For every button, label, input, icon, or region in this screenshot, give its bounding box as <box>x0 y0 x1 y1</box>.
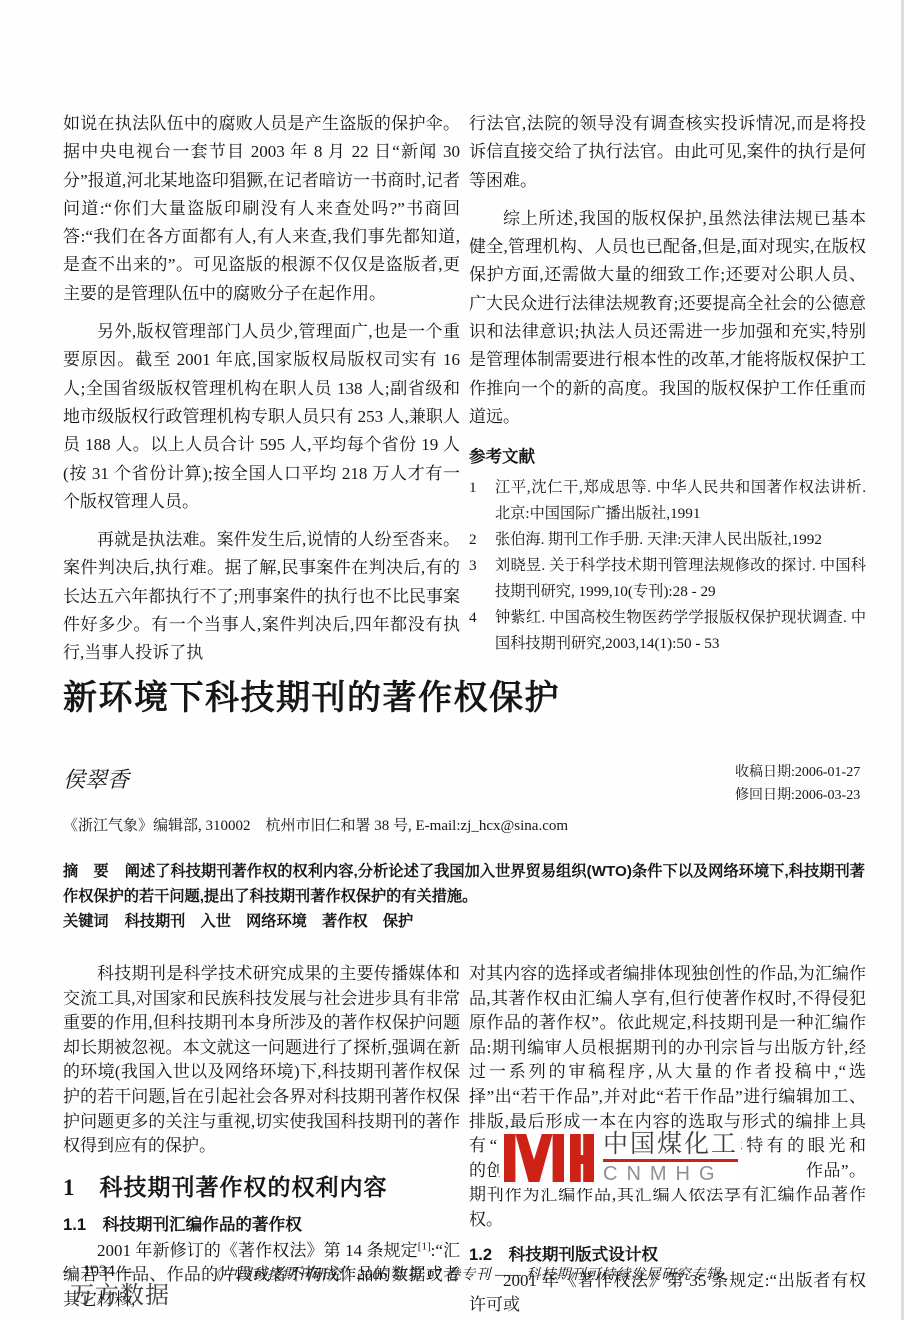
keywords-line: 关键词科技期刊 入世 网络环境 著作权 保护 <box>63 909 865 934</box>
reference-number: 4 <box>469 605 495 657</box>
cnmhg-logo-icon <box>503 1131 595 1185</box>
abstract-text: 阐述了科技期刊著作权的权利内容,分析论述了我国加入世界贸易组织(WTO)条件下以… <box>63 863 865 905</box>
prev-article-right-column: 行法官,法院的领导没有调查核实投诉情况,而是将投诉信直接交给了执行法官。由此可见… <box>469 110 866 657</box>
intro-paragraph: 科技期刊是科学技术研究成果的主要传播媒体和交流工具,对国家和民族科技发展与社会进… <box>63 962 460 1159</box>
reference-number: 2 <box>469 527 495 553</box>
references-heading: 参考文献 <box>469 445 866 469</box>
received-date: 收稿日期:2006-01-27 <box>735 761 860 784</box>
scanned-paper-page: 如说在执法队伍中的腐败人员是产生盗版的保护伞。据中央电视台一套节目 2003 年… <box>0 0 904 1320</box>
cnmhg-watermark: 中国煤化工 CNMHG <box>500 1129 741 1188</box>
section-1-1-heading: 1.1 科技期刊汇编作品的著作权 <box>63 1213 460 1237</box>
reference-text: 刘晓昱. 关于科学技术期刊管理法规修改的探讨. 中国科技期刊研究, 1999,1… <box>495 553 866 605</box>
manuscript-dates: 收稿日期:2006-01-27 修回日期:2006-03-23 <box>735 761 860 807</box>
reference-text: 张伯海. 期刊工作手册. 天津:天津人民出版社,1992 <box>495 527 866 553</box>
keywords-label: 关键词 <box>63 913 109 930</box>
body-paragraph: 综上所述,我国的版权保护,虽然法律法规已基本健全,管理机构、人员也已配备,但是,… <box>469 205 866 431</box>
keywords-text: 科技期刊 入世 网络环境 著作权 保护 <box>125 913 414 930</box>
reference-number: 1 <box>469 475 495 527</box>
prev-article-left-column: 如说在执法队伍中的腐败人员是产生盗版的保护伞。据中央电视台一套节目 2003 年… <box>63 110 460 668</box>
reference-item: 2 张伯海. 期刊工作手册. 天津:天津人民出版社,1992 <box>469 527 866 553</box>
article-left-column: 科技期刊是科学技术研究成果的主要传播媒体和交流工具,对国家和民族科技发展与社会进… <box>63 962 460 1313</box>
watermark-brand-cn: 中国煤化工 <box>603 1131 738 1162</box>
author-name: 侯翠香 <box>63 763 129 794</box>
revised-date: 修回日期:2006-03-23 <box>735 784 860 807</box>
watermark-text-block: 中国煤化工 CNMHG <box>603 1131 738 1186</box>
author-affiliation: 《浙江气象》编辑部, 310002 杭州市旧仁和署 38 号, E-mail:z… <box>63 814 568 835</box>
body-paragraph: 再就是执法难。案件发生后,说情的人纷至沓来。案件判决后,执行难。据了解,民事案件… <box>63 526 460 667</box>
article-title: 新环境下科技期刊的著作权保护 <box>63 670 560 719</box>
body-paragraph: 行法官,法院的领导没有调查核实投诉情况,而是将投诉信直接交给了执行法官。由此可见… <box>469 110 866 195</box>
footer-journal-line: 《中国科技期刊研究》2006 年第 17 卷专刊 —— 科技期刊可持续发展研究专… <box>63 1263 865 1284</box>
abstract-paragraph: 摘 要阐述了科技期刊著作权的权利内容,分析论述了我国加入世界贸易组织(WTO)条… <box>63 859 865 909</box>
abstract-label: 摘 要 <box>63 863 109 880</box>
section-1-heading: 1 科技期刊著作权的权利内容 <box>63 1173 460 1203</box>
reference-item: 4 钟紫红. 中国高校生物医药学学报版权保护现状调查. 中国科技期刊研究,200… <box>469 605 866 657</box>
reference-number: 3 <box>469 553 495 605</box>
reference-item: 3 刘晓昱. 关于科学技术期刊管理法规修改的探讨. 中国科技期刊研究, 1999… <box>469 553 866 605</box>
watermark-brand-en: CNMHG <box>603 1163 738 1186</box>
body-paragraph: 另外,版权管理部门人员少,管理面广,也是一个重要原因。截至 2001 年底,国家… <box>63 318 460 516</box>
reference-text: 江平,沈仁干,郑成思等. 中华人民共和国著作权法讲析. 北京:中国国际广播出版社… <box>495 475 866 527</box>
abstract-block: 摘 要阐述了科技期刊著作权的权利内容,分析论述了我国加入世界贸易组织(WTO)条… <box>63 859 865 934</box>
body-paragraph: 对其内容的选择或者编排体现独创性的作品,为汇编作品,其著作权由汇编人享有,但行使… <box>469 962 866 1233</box>
citation-marker: [1] <box>418 1240 431 1252</box>
reference-text: 钟紫红. 中国高校生物医药学学报版权保护现状调查. 中国科技期刊研究,2003,… <box>495 605 866 657</box>
body-text: 2001 年新修订的《著作权法》第 14 条规定 <box>97 1241 418 1260</box>
body-paragraph: 如说在执法队伍中的腐败人员是产生盗版的保护伞。据中央电视台一套节目 2003 年… <box>63 110 460 308</box>
reference-item: 1 江平,沈仁干,郑成思等. 中华人民共和国著作权法讲析. 北京:中国国际广播出… <box>469 475 866 527</box>
